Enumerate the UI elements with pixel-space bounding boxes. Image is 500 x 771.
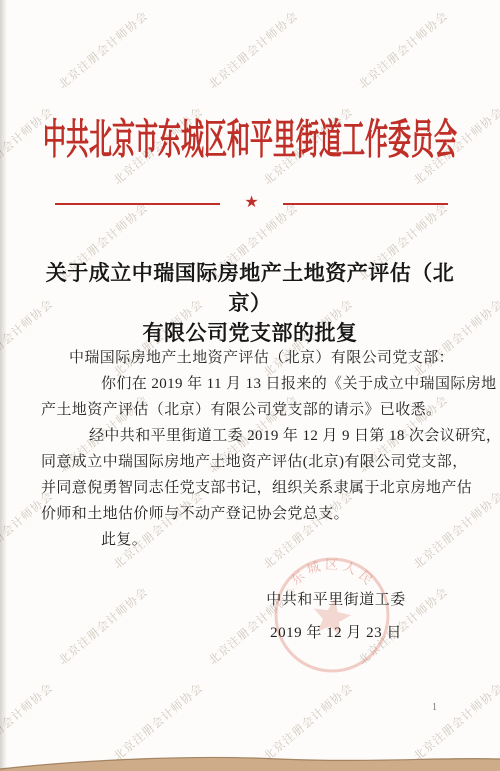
body-line: 此复。	[101, 527, 451, 553]
watermark-text: 北京注册会计师协会	[55, 8, 151, 93]
scan-edge-bottom	[0, 745, 500, 771]
red-divider: ★	[55, 196, 448, 212]
body-line: 你们在 2019 年 11 月 13 日报来的《关于成立中瑞国际房地	[101, 371, 451, 397]
letterhead-org-name: 中共北京市东城区和平里街道工作委员会	[43, 106, 457, 165]
body-line: 并同意倪勇智同志任党支部书记，组织关系隶属于北京房地产估	[41, 475, 451, 501]
signature-block: 中共和平里街道工委 2019 年 12 月 23 日	[238, 584, 434, 650]
watermark-text: 北京注册会计师协会	[205, 8, 301, 93]
body-line: 经中共和平里街道工委 2019 年 12 月 9 日第 18 次会议研究，	[89, 423, 451, 449]
signature-org: 中共和平里街道工委	[238, 584, 434, 617]
document-title-line-2: 有限公司党支部的批复	[30, 318, 470, 348]
divider-line-right	[283, 203, 448, 205]
watermark-text: 北京注册会计师协会	[55, 584, 151, 669]
body-line: 产土地资产评估（北京）有限公司党支部的请示》已收悉。	[41, 397, 451, 423]
body-line: 中瑞国际房地产土地资产评估（北京）有限公司党支部：	[69, 345, 451, 371]
signature-date: 2019 年 12 月 23 日	[238, 617, 434, 650]
document-title: 关于成立中瑞国际房地产土地资产评估（北京） 有限公司党支部的批复	[30, 258, 470, 348]
watermark-text: 北京注册会计师协会	[355, 8, 451, 93]
document-body: 中瑞国际房地产土地资产评估（北京）有限公司党支部：你们在 2019 年 11 月…	[41, 345, 451, 553]
body-line: 价师和土地估价师与不动产登记协会党总支。	[41, 501, 451, 527]
body-line: 同意成立中瑞国际房地产土地资产评估(北京)有限公司党支部，	[41, 449, 451, 475]
divider-line-left	[55, 203, 220, 205]
star-icon: ★	[244, 195, 258, 211]
document-title-line-1: 关于成立中瑞国际房地产土地资产评估（北京）	[30, 258, 470, 318]
page-number: 1	[432, 702, 437, 713]
letterhead: 中共北京市东城区和平里街道工作委员会	[0, 104, 500, 168]
document-page: 北京注册会计师协会北京注册会计师协会北京注册会计师协会北京注册会计师协会北京注册…	[0, 0, 500, 771]
